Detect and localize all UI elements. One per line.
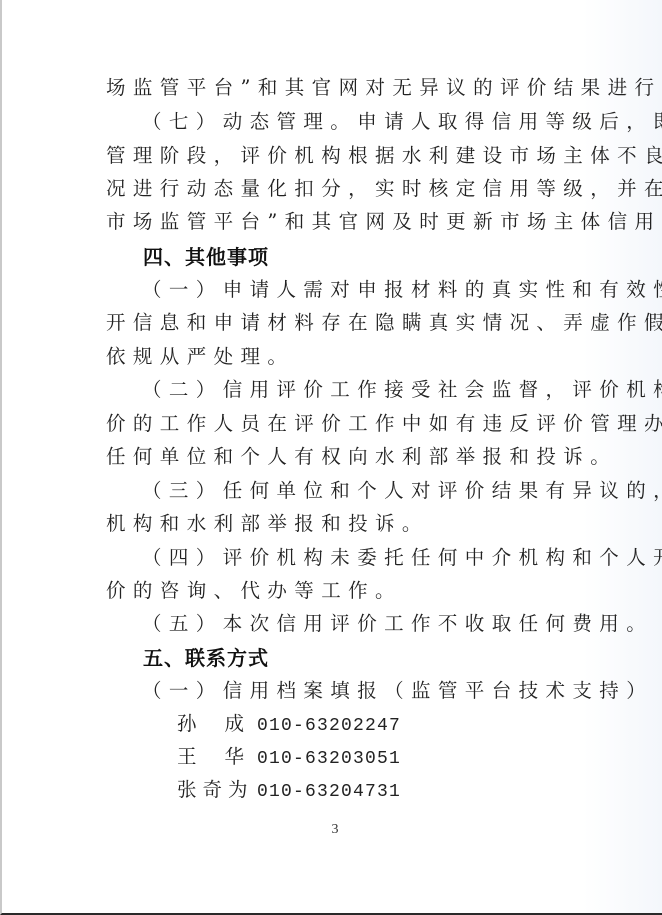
contact-row: 王华010-63203051: [177, 740, 401, 774]
contact-name: 孙成: [177, 707, 251, 741]
text-line: 机构和水利部举报和投诉。: [106, 507, 429, 541]
contact-name: 张奇为: [177, 773, 251, 807]
text-line: 任何单位和个人有权向水利部举报和投诉。: [106, 440, 617, 474]
text-line: 开信息和申请材料存在隐瞒真实情况、弄虚作假的，将依法: [106, 306, 662, 340]
paragraph-item-3: （三）任何单位和个人对评价结果有异议的，可向评价: [142, 474, 662, 508]
paragraph-item-1: （一）申请人需对申报材料的真实性和有效性负责，公: [142, 273, 662, 307]
contact-name: 王华: [177, 740, 251, 774]
page-number: 3: [328, 822, 342, 838]
text-line: 场监管平台”和其官网对无异议的评价结果进行公告。: [106, 71, 662, 105]
contact-phone: 010-63202247: [257, 716, 401, 736]
document-page: 场监管平台”和其官网对无异议的评价结果进行公告。 （七）动态管理。申请人取得信用…: [0, 0, 662, 915]
text-line: 价的咨询、代办等工作。: [106, 574, 402, 608]
section-heading-other-matters: 四、其他事项: [143, 240, 269, 274]
paragraph-item-2: （二）信用评价工作接受社会监督，评价机构和参与评: [142, 373, 662, 407]
contact-phone: 010-63203051: [257, 749, 401, 769]
contact-subheading: （一）信用档案填报（监管平台技术支持）: [142, 674, 653, 708]
contact-row: 张奇为010-63204731: [177, 773, 401, 807]
contact-phone: 010-63204731: [257, 782, 401, 802]
paragraph-item-4: （四）评价机构未委托任何中介机构和个人开展信用评: [142, 541, 662, 575]
text-line: 况进行动态量化扣分，实时核定信用等级，并在“水利建设: [106, 172, 662, 206]
text-line: 市场监管平台”和其官网及时更新市场主体信用等级。: [106, 205, 662, 239]
text-line: 管理阶段，评价机构根据水利建设市场主体不良行为记录情: [106, 139, 662, 173]
paragraph-item-5: （五）本次信用评价工作不收取任何费用。: [142, 607, 653, 641]
contact-row: 孙成010-63202247: [177, 707, 401, 741]
paragraph-dynamic-management: （七）动态管理。申请人取得信用等级后，即进入动态: [142, 105, 662, 139]
section-heading-contact: 五、联系方式: [143, 641, 269, 675]
text-line: 价的工作人员在评价工作中如有违反评价管理办法规定的，: [106, 407, 662, 441]
text-line: 依规从严处理。: [106, 340, 294, 374]
